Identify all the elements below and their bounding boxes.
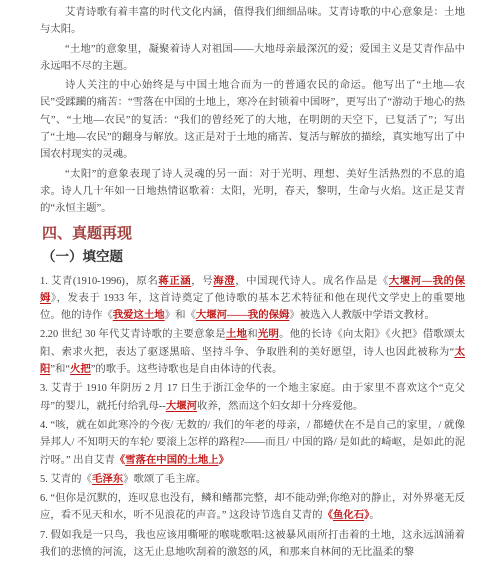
text-run: 》被选入人教版中学语文教材。 xyxy=(289,310,434,321)
highlighted-term: 海澄 xyxy=(213,276,235,287)
highlighted-term: 土地 xyxy=(226,329,247,340)
text-run: 7. 假如我是一只鸟，我也应该用嘶哑的喉咙歌唱:这被暴风雨所打击着的土地，这永远… xyxy=(40,530,465,558)
fill-blank-item-7: 7. 假如我是一只鸟，我也应该用嘶哑的喉咙歌唱:这被暴风雨所打击着的土地，这永远… xyxy=(40,527,465,562)
highlighted-term: 毛泽东 xyxy=(92,474,123,485)
highlighted-term: 雪落在中国的土地上 xyxy=(125,455,219,466)
highlighted-term: 我爱这土地 xyxy=(113,310,165,321)
document-content: 艾青诗歌有着丰富的时代文化内涵，值得我们细细品味。艾青诗歌的中心意象是：土地与太… xyxy=(40,4,465,563)
text-run: 四、真题再现 xyxy=(42,226,132,242)
fill-blank-item-4: 4. “咳，就在如此寒冷的今夜/ 无数的/ 我们的年老的母亲，/ 都蜷伏在不是自… xyxy=(40,417,465,469)
text-run: 》和《 xyxy=(165,310,196,321)
highlighted-term: 《 xyxy=(323,510,333,521)
highlighted-term: 《 xyxy=(115,455,125,466)
highlighted-term: 蒋正涵 xyxy=(158,276,191,287)
highlighted-term: 火把 xyxy=(70,364,91,375)
text-run: ，号 xyxy=(191,276,213,287)
text-run: 1. 艾青(1910-1996)，原名 xyxy=(40,276,158,287)
fill-blank-item-2: 2.20 世纪 30 年代艾青诗歌的主要意象是土地和光明。他的长诗《向太阳》《火… xyxy=(40,326,465,378)
text-run: 。 xyxy=(369,510,379,521)
subsection-heading-fill-blank: （一）填空题 xyxy=(40,247,465,267)
text-run: ”的歌手。这些诗歌也是自由体诗的代表。 xyxy=(91,364,283,375)
text-run: “土地”的意象里，凝聚着诗人对祖国——大地母亲最深沉的爱；爱国主义是艾青作品中永… xyxy=(40,44,465,72)
text-run: （一）填空题 xyxy=(42,249,123,264)
highlighted-term: 大堰河 xyxy=(166,401,197,412)
section-heading-true-question: 四、真题再现 xyxy=(40,224,465,244)
text-run: 收养，然而这个妇女却十分疼爱他。 xyxy=(197,401,363,412)
text-run: ”和“ xyxy=(50,364,70,375)
fill-blank-item-6: 6. “但你是沉默的，连叹息也没有，鳞和鳍都完整，却不能动弹;你绝对的静止，对外… xyxy=(40,490,465,525)
highlighted-term: 光明 xyxy=(258,329,279,340)
text-run: 5. 艾青的《 xyxy=(40,474,92,485)
intro-paragraph-1: 艾青诗歌有着丰富的时代文化内涵，值得我们细细品味。艾青诗歌的中心意象是：土地与太… xyxy=(40,4,465,39)
text-run: ，中国现代诗人。成名作品是《 xyxy=(235,276,389,287)
text-run: 诗人关注的中心始终是与中国土地合而为一的普通农民的命运。他写出了“土地—农民”受… xyxy=(40,80,465,160)
text-run: 》歌颂了毛主席。 xyxy=(123,474,206,485)
text-run: “太阳”的意象表现了诗人灵魂的另一面：对于光明、理想、美好生活热烈的不息的追求。… xyxy=(40,169,465,215)
fill-blank-item-5: 5. 艾青的《毛泽东》歌颂了毛主席。 xyxy=(40,471,465,488)
highlighted-term: 鱼化石 xyxy=(333,510,364,521)
text-run: 和 xyxy=(247,329,258,340)
text-run: 4. “咳，就在如此寒冷的今夜/ 无数的/ 我们的年老的母亲，/ 都蜷伏在不是自… xyxy=(40,420,465,466)
text-run: 6. “但你是沉默的，连叹息也没有，鳞和鳍都完整，却不能动弹;你绝对的静止，对外… xyxy=(40,493,465,521)
fill-blank-item-1: 1. 艾青(1910-1996)，原名蒋正涵，号海澄，中国现代诗人。成名作品是《… xyxy=(40,273,465,325)
document-page: 艾青诗歌有着丰富的时代文化内涵，值得我们细细品味。艾青诗歌的中心意象是：土地与太… xyxy=(0,0,500,575)
text-run: 艾青诗歌有着丰富的时代文化内涵，值得我们细细品味。艾青诗歌的中心意象是：土地与太… xyxy=(40,7,465,35)
intro-paragraph-4: “太阳”的意象表现了诗人灵魂的另一面：对于光明、理想、美好生活热烈的不息的追求。… xyxy=(40,166,465,218)
fill-blank-item-3: 3. 艾青于 1910 年阴历 2 月 17 日生于浙江金华的一个地主家庭。由于… xyxy=(40,380,465,415)
intro-paragraph-3: 诗人关注的中心始终是与中国土地合而为一的普通农民的命运。他写出了“土地—农民”受… xyxy=(40,77,465,163)
highlighted-term: 》 xyxy=(219,455,229,466)
intro-paragraph-2: “土地”的意象里，凝聚着诗人对祖国——大地母亲最深沉的爱；爱国主义是艾青作品中永… xyxy=(40,41,465,76)
highlighted-term: 大堰河——我的保姆 xyxy=(196,310,290,321)
text-run: 2.20 世纪 30 年代艾青诗歌的主要意象是 xyxy=(40,329,226,340)
